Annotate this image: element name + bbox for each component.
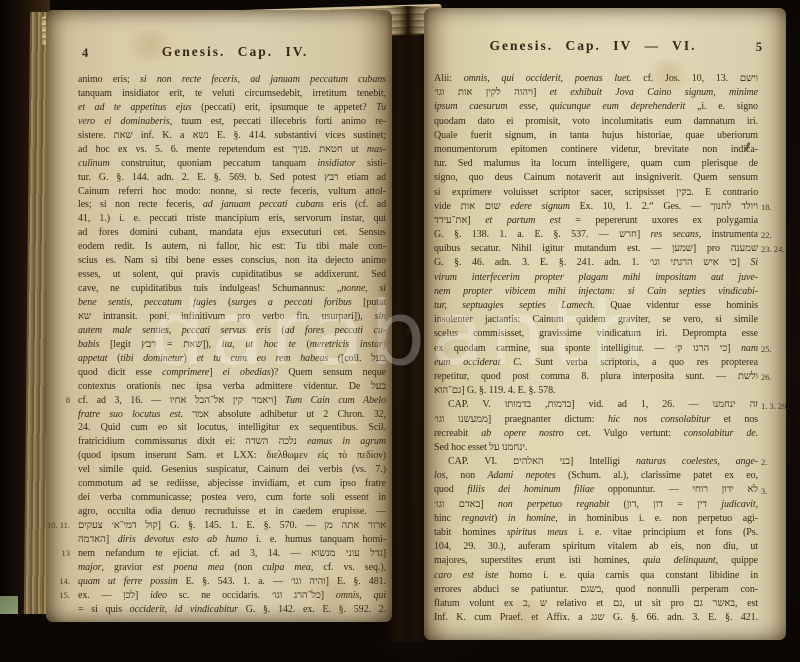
text-line: signo, quo deus Cainum notaverit aut ins… [434, 171, 758, 185]
text-line: virum interfecerim propter plagam mihi i… [434, 271, 758, 285]
left-running-header: 4 Genesis. Cap. IV. [46, 44, 392, 64]
text-line: scius es. Nam si tibi bene esses consciu… [78, 254, 386, 268]
text-line: tur. Sed malumus ita locum intelligere, … [434, 157, 758, 171]
text-line: ipsum caesurum esse, quicunque eum depre… [434, 100, 758, 114]
text-line: sistere. שאת‎ inf. K. a נשא‎ E. §. 414. … [78, 129, 386, 143]
text-line: Alii: omnis, qui occiderit, poenas luet.… [434, 72, 758, 86]
text-line: caro est iste homo i. e. quia carnis qua… [434, 569, 758, 583]
text-line: culinum construitur, quoniam peccatum ta… [78, 157, 386, 171]
text-line: majores, superstites erunt isti homines,… [434, 554, 758, 568]
verse-number: 3. [761, 484, 767, 498]
gutter-bottom-shadow [372, 642, 482, 662]
text-line: 104, 29. 30.), auferam spiritum vitalem … [434, 540, 758, 554]
text-line: CAP. VI. בני האלהים‎] Intelligi naturas … [434, 455, 758, 469]
text-line: quodam dato ei promisit, voto incolumita… [434, 115, 758, 129]
text-line: Inf. K. cum Praef. et Affix. a שגג‎ G. §… [434, 611, 758, 625]
text-line: Quale fuerit signum, in tanta hujus hist… [434, 129, 758, 143]
text-line: ad fores domini cubant, mandata ejus exs… [78, 226, 386, 240]
text-line: bene sentis, peccatum fugies (surges a p… [78, 296, 386, 310]
text-line: major, gravior est poena mea (non culpa … [78, 561, 386, 575]
text-line: quod filiis dei hominum filiae opponuntu… [434, 483, 758, 497]
left-page-number: 4 [82, 46, 88, 61]
right-page-text: Alii: omnis, qui occiderit, poenas luet.… [434, 72, 758, 625]
verse-number: 2. [761, 455, 767, 469]
text-line: esses, ut solent, qui pravis cupiditatib… [78, 268, 386, 282]
text-line: hinc regnavit) in homine, in hominibus i… [434, 512, 758, 526]
text-line: insolenter jactantis: Cainum quidem grav… [434, 313, 758, 327]
verse-number: 25. [761, 342, 772, 356]
left-page: 4 Genesis. Cap. IV. animo eris; si non r… [46, 10, 392, 622]
verse-number: 23. 24. [761, 242, 784, 256]
verse-number: 8 [66, 394, 70, 408]
text-line: errores abduci se patiuntur. בשגם‎, quod… [434, 583, 758, 597]
text-line: monumentorum epitomen continere videtur,… [434, 143, 758, 157]
text-line: ויהוה לקין אות וגו׳‎] et exhibuit Jova C… [434, 86, 758, 100]
text-line: vide שום אות‎ edere signum Ex. 10, 1. 2.… [434, 200, 758, 214]
text-line: contextus orationis nec ipsa verba admit… [78, 380, 386, 394]
text-line: cave, ne cupiditatibus tuis indulgeas! S… [78, 282, 386, 296]
left-page-body: animo eris; si non recte feceris, ad jan… [78, 73, 386, 618]
text-line: tur. G. §. 144. adn. 2. E. §. 569. b. Se… [78, 171, 386, 185]
text-line: קול דמי־א׳ צעקים‎] G. §. 145. 1. E. §. 5… [78, 519, 386, 533]
text-line: fratricidium commissurus dixit ei: נלכה … [78, 435, 386, 449]
text-line: et ad te appetitus ejus (peccati) erit, … [78, 101, 386, 115]
text-line: autem male senties, peccati servus eris … [78, 324, 386, 338]
text-line: tanquam insidiator erit, te veluti circu… [78, 87, 386, 101]
text-line: CAP. V. בדמות, בדמותו‎] vid. ad 1, 26. —… [434, 398, 758, 412]
text-line: nem nefandum te ejiciat. cf. ad 3, 14. —… [78, 547, 386, 561]
text-line: ex. — לכן‎] ideo sc. ne occidaris. כל־הר… [78, 589, 386, 603]
text-line: si exprimere voluisset scriptor sacer, s… [434, 186, 758, 200]
text-line: vero ei dominaberis, tuum est, peccati i… [78, 115, 386, 129]
right-verse-numbers: 18.22.23. 24.25.26.1. 3. 29.2.3. [758, 72, 792, 632]
text-line: fratre suo locutus est. אמר‎ absolute ad… [78, 408, 386, 422]
text-line: Cainum referri hoc modo: nonne, si recte… [78, 185, 386, 199]
text-line: tabit homines spiritus meus i. e. vitae … [434, 526, 758, 540]
text-line: vel simile quid. Gesenius suspicatur, Ca… [78, 463, 386, 477]
verse-number: 22. [761, 228, 772, 242]
text-line: שא‎ intransit. poni, infinitivum pro ver… [78, 310, 386, 324]
right-header-title: Genesis. Cap. IV — VI. [424, 38, 762, 54]
text-line: quod dicit esse comprimere] ei obedias)?… [78, 366, 386, 380]
text-line: dei verba communicasse; postea vero, cum… [78, 491, 386, 505]
verse-number: 15. [59, 589, 70, 603]
text-line: = si quis occiderit, id vindicabitur G. … [78, 603, 386, 617]
text-line: cf. ad 3, 16. — ויאמר קין אל־הבל אחיו‎] … [78, 394, 386, 408]
text-line: Sed hoc esset ינחמנו על‎. [434, 441, 758, 455]
left-verse-numbers: 810. 11.1314.15. [46, 73, 74, 618]
text-line: repetitur, quod post comma 8. plura inte… [434, 370, 758, 384]
text-line: quam ut ferre possim E. §. 543. 1. a. — … [78, 575, 386, 589]
text-line: (quod ipsum inserunt Sam. et LXX: διελθω… [78, 449, 386, 463]
right-page-number: 5 [756, 40, 762, 55]
text-line: eodem redit. Is autem, ni fallor, hic es… [78, 240, 386, 254]
left-header-title: Genesis. Cap. IV. [78, 44, 392, 60]
text-line: los, non Adami nepotes (Schum. al.), cla… [434, 469, 758, 483]
text-line: G. §. 46. adn. 3. E. §. 241. adn. 1. כי … [434, 256, 758, 270]
text-line: commotum ad se rediisse, abjecisse invid… [78, 477, 386, 491]
text-line: flatum volunt ex ב‎, ש‎ relativo et גם‎,… [434, 597, 758, 611]
verse-number: 10. 11. [47, 519, 70, 533]
text-line: ממעשנו וגו׳‎] praegnanter dictum: hic no… [434, 413, 758, 427]
verse-number: 14. [59, 575, 70, 589]
text-line: appetat (tibi dominetur) et tu cum eo re… [78, 352, 386, 366]
verse-number: 18. [761, 200, 772, 214]
text-line: scelus commisisset, gravissime vindicatu… [434, 327, 758, 341]
text-line: recreabit ab opere nostro cet. Vulgo ver… [434, 427, 758, 441]
text-line: animo eris; si non recte feceris, ad jan… [78, 73, 386, 87]
verse-number: 26. [761, 370, 772, 384]
verse-number: 13 [62, 547, 71, 561]
right-running-header: Genesis. Cap. IV — VI. 5 [424, 38, 786, 58]
text-line: גם־הוא‎] G. §. 119. 4. E. §. 578. [434, 384, 758, 398]
text-line: G. §. 138. 1. a. E. §. 537. — חרש‎] res … [434, 228, 758, 242]
text-line: babis [legit רבץ‎ = שאת‎]), ita, ut hoc … [78, 338, 386, 352]
text-line: quibus secatur. Nihil igitur mutandum es… [434, 242, 758, 256]
text-line: les; si non recte feceris, ad januam pec… [78, 198, 386, 212]
right-page: Genesis. Cap. IV — VI. 5 Alii: omnis, qu… [424, 8, 786, 640]
book-photo: 4 Genesis. Cap. IV. animo eris; si non r… [0, 0, 800, 662]
text-line: tur, septuagies septies Lamech. Quae vid… [434, 299, 758, 313]
text-line: nem propter vibicem mihi injectam: si Ca… [434, 285, 758, 299]
ink-speck [405, 326, 412, 335]
text-line: eum occiderat C. Sunt verba scriptoris, … [434, 356, 758, 370]
text-line: ad hoc ex vs. 5. 6. mente repetendum est… [78, 143, 386, 157]
text-line: 24. Quid cum eo sit locutus, intelligitu… [78, 421, 386, 435]
text-line: ex quodam carmine, sua sponte intelligit… [434, 342, 758, 356]
text-line: את־עירד‎] et partum est = pepererunt uxo… [434, 214, 758, 228]
text-line: 41, 1.) i. e. peccati triste mancipium e… [78, 212, 386, 226]
text-line: האדמה‎] diris devotus esto ab humo i. e.… [78, 533, 386, 547]
text-line: agro, occulta odia denuo recruduisse et … [78, 505, 386, 519]
text-line: באדם וגו׳‎] non perpetuo regnabit (דון ,… [434, 498, 758, 512]
verse-number: 1. 3. 29. [761, 399, 789, 413]
left-page-text: animo eris; si non recte feceris, ad jan… [78, 73, 386, 617]
right-page-body: Alii: omnis, qui occiderit, poenas luet.… [434, 72, 758, 632]
